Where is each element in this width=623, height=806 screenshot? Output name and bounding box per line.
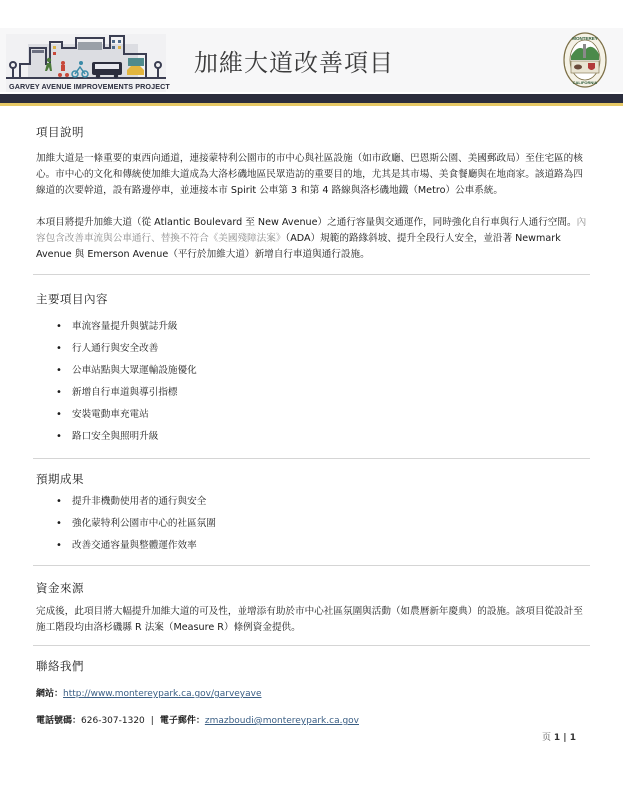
email-link[interactable]: zmazboudi@montereypark.ca.gov	[205, 716, 359, 726]
page-title: 加維大道改善項目	[194, 43, 394, 78]
funding-paragraph: 完成後，此項目將大幅提升加維大道的可及性，並增添有助於市中心社區氛圍與活動（如農…	[36, 604, 588, 636]
section-title-contact: 聯絡我們	[36, 658, 84, 674]
section-title-description: 項目說明	[36, 124, 84, 140]
website-link[interactable]: http://www.montereypark.ca.gov/garveyave	[63, 689, 262, 699]
email-label: 電子郵件：	[160, 716, 205, 726]
scope-list: 車流容量提升與號誌升級 行人通行與安全改善 公車站點與大眾運輸設施優化 新增自行…	[52, 316, 197, 448]
list-item: 安裝電動車充電站	[52, 404, 197, 426]
section-title-funding: 資金來源	[36, 580, 84, 596]
list-item: 路口安全與照明升級	[52, 426, 197, 448]
section-divider	[33, 274, 590, 275]
header-bar-gold	[0, 103, 623, 106]
list-item: 提升非機動使用者的通行與安全	[52, 491, 216, 513]
section-divider	[33, 565, 590, 566]
header-bar-dark	[0, 94, 623, 103]
page-value: 1 | 1	[554, 733, 576, 743]
list-item: 車流容量提升與號誌升級	[52, 316, 197, 338]
section-title-outcomes: 預期成果	[36, 471, 84, 487]
section-divider	[33, 645, 590, 646]
logo-caption: GARVEY AVENUE IMPROVEMENTS PROJECT	[9, 82, 170, 91]
phone-number: 626-307-1320	[81, 716, 145, 726]
website-label: 網站：	[36, 689, 63, 699]
outcomes-list: 提升非機動使用者的通行與安全 強化蒙特利公園市中心的社區氛圍 改善交通容量與整體…	[52, 491, 216, 557]
section-divider	[33, 458, 590, 459]
website-line: 網站：http://www.montereypark.ca.gov/garvey…	[36, 686, 262, 699]
description-paragraph-2: 本項目將提升加維大道（從 Atlantic Boulevard 至 New Av…	[36, 215, 588, 263]
list-item: 改善交通容量與整體運作效率	[52, 535, 216, 557]
svg-text:MONTEREY: MONTEREY	[572, 36, 598, 41]
page-label: 页	[542, 733, 551, 743]
phone-label: 電話號碼：	[36, 716, 81, 726]
phone-email-line: 電話號碼：626-307-1320|電子郵件：zmazboudi@montere…	[36, 713, 359, 726]
description-paragraph-1: 加維大道是一條重要的東西向通道，連接蒙特利公園市的市中心與社區設施（如市政廳、巴…	[36, 151, 588, 199]
separator: |	[151, 716, 154, 726]
description-para2-part-a: 本項目將提升加維大道（從 Atlantic Boulevard 至 New Av…	[36, 217, 577, 228]
list-item: 新增自行車道與導引指標	[52, 382, 197, 404]
city-seal-logo: MONTEREY CALIFORNIA	[563, 32, 607, 88]
svg-text:CALIFORNIA: CALIFORNIA	[573, 80, 598, 85]
page-number: 页 1 | 1	[542, 730, 576, 743]
list-item: 公車站點與大眾運輸設施優化	[52, 360, 197, 382]
section-title-scope: 主要項目內容	[36, 291, 108, 307]
list-item: 強化蒙特利公園市中心的社區氛圍	[52, 513, 216, 535]
list-item: 行人通行與安全改善	[52, 338, 197, 360]
